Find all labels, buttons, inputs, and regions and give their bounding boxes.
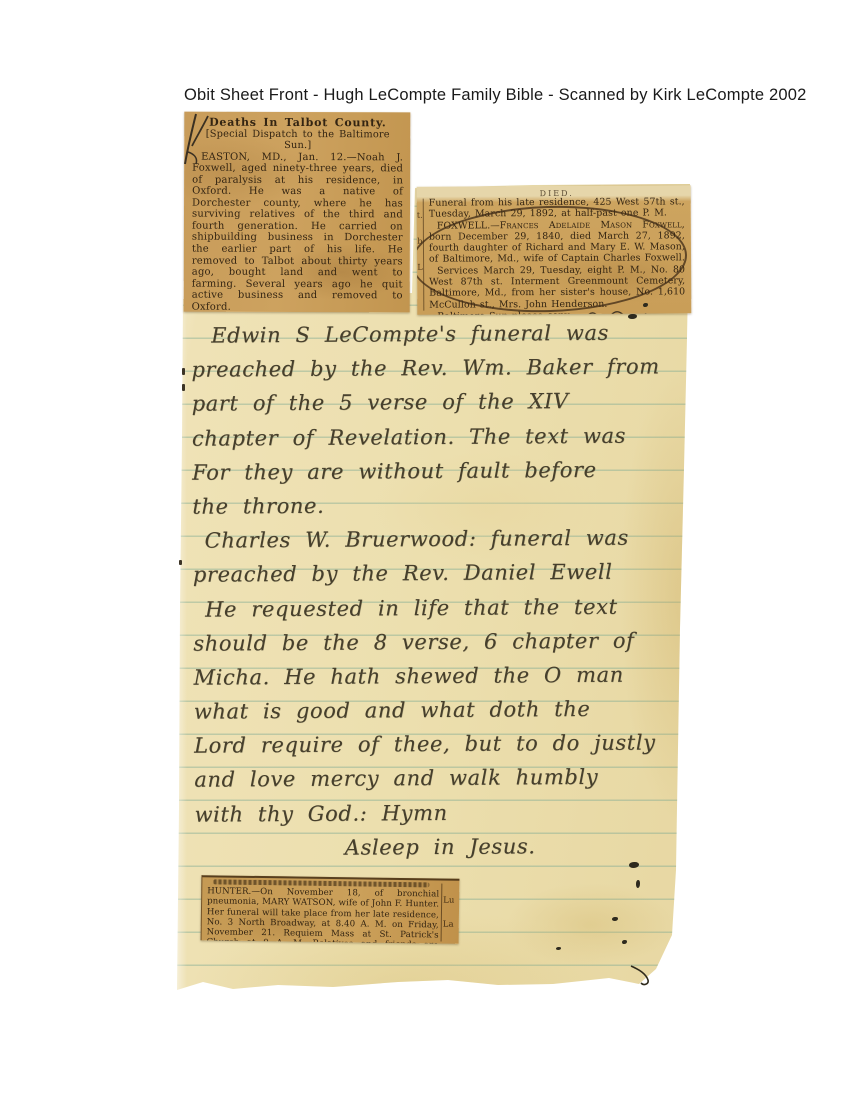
handwriting-line: and love mercy and walk humbly xyxy=(194,765,676,803)
handwriting-line: Charles W. Bruerwood: funeral was xyxy=(193,525,675,563)
clipping-paragraph: HUNTER.—On November 18, of bronchial pne… xyxy=(206,886,439,944)
handwriting-line: the throne. xyxy=(192,491,674,529)
handwriting-line: with thy God.: Hymn xyxy=(194,799,676,837)
edge-fragment: b xyxy=(417,229,423,255)
handwriting-line: preached by the Rev. Wm. Baker from xyxy=(191,355,673,393)
edge-fragment: Lu xyxy=(443,889,457,913)
scan-caption: Obit Sheet Front - Hugh LeCompte Family … xyxy=(184,86,824,105)
clipping-intro-fragment: Funeral from his late residence, 425 Wes… xyxy=(429,196,685,220)
edge-letter-fragments: Lu La xyxy=(443,889,458,937)
handwriting-line: chapter of Revelation. The text was xyxy=(192,423,674,461)
pen-flourish-mark-icon xyxy=(182,112,224,170)
handwriting-line: part of the 5 verse of the XIV xyxy=(192,389,674,427)
clipping-paragraph: FOXWELL.—Frances Adelaide Mason Foxwell,… xyxy=(429,219,685,266)
margin-ink-tick xyxy=(179,560,182,565)
clipping-foxwell-obituary: DIED. Funeral from his late residence, 4… xyxy=(417,185,692,314)
edge-fragment: L xyxy=(417,255,423,281)
clipping-name-lead: FOXWELL.—Frances Adelaide Mason Foxwell, xyxy=(437,219,685,231)
handwritten-obituary-notes: Edwin S LeCompte's funeral was preached … xyxy=(191,320,677,870)
handwriting-line: He requested in life that the text xyxy=(193,594,675,632)
clipping-hunter-obituary: HUNTER.—On November 18, of bronchial pne… xyxy=(201,875,460,944)
edge-fragment: La xyxy=(443,913,457,937)
handwriting-line: should be the 8 verse, 6 chapter of xyxy=(193,628,675,666)
paper-curl-mark-icon xyxy=(628,962,654,988)
margin-ink-tick xyxy=(182,384,185,391)
handwriting-line: Asleep in Jesus. xyxy=(195,833,677,871)
handwriting-line: Lord require of thee, but to do justly xyxy=(194,731,676,769)
edge-fragment: t. xyxy=(417,203,423,229)
handwriting-line: For they are without fault before xyxy=(192,457,674,495)
edge-letter-fragments: t. b L xyxy=(417,203,423,281)
margin-ink-tick xyxy=(182,368,185,375)
handwriting-line: Micha. He hath shewed the O man xyxy=(193,662,675,700)
handwriting-line: preached by the Rev. Daniel Ewell xyxy=(193,560,675,598)
handwriting-line: Edwin S LeCompte's funeral was xyxy=(191,320,673,358)
handwriting-line: what is good and what doth the xyxy=(194,696,676,734)
clipping-body-rest: born December 29, 1840, died March 27, 1… xyxy=(429,230,685,265)
clipping-paragraph: EASTON, MD., Jan. 12.—Noah J. Foxwell, a… xyxy=(192,151,404,312)
